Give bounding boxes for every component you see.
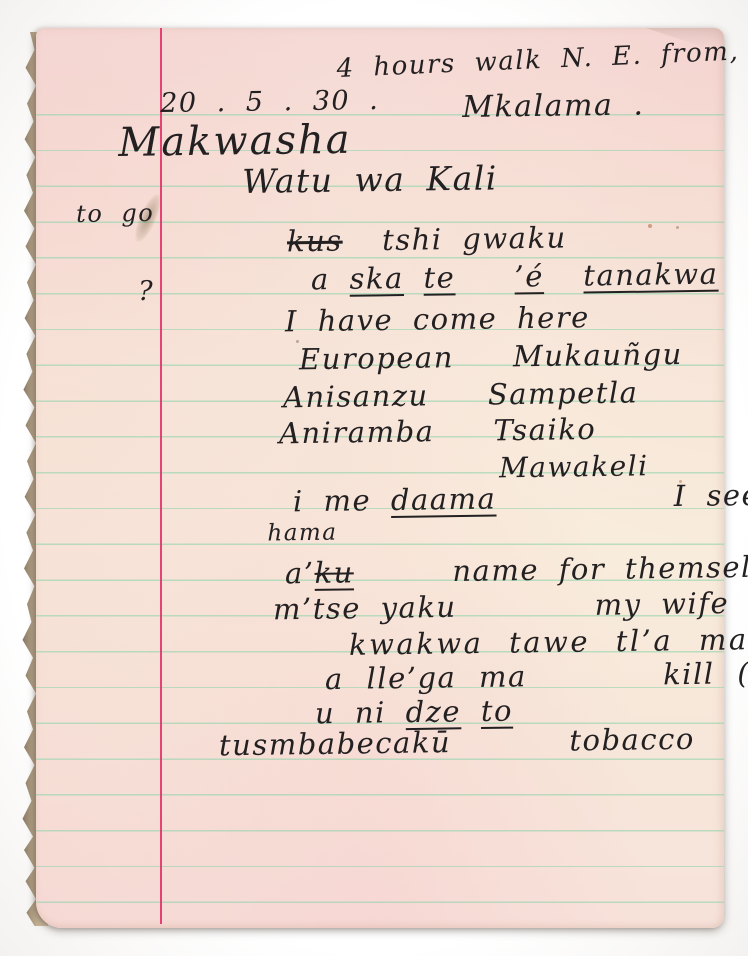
notebook-page: 4 hours walk N. E. from, Mkalama . 20 . … [36,28,724,928]
margin-note: ? [138,276,154,307]
annotation-top-right-line1: 4 hours walk N. E. from, [336,36,740,84]
notebook-scan: 4 hours walk N. E. from, Mkalama . 20 . … [0,0,748,956]
handwritten-line: tusmbabecakū tobacco [100,688,695,798]
margin-note: to go [76,199,154,228]
page-title: Makwasha [118,117,352,166]
annotation-top-right-line2: Mkalama . [462,87,645,125]
date: 20 . 5 . 30 . [160,85,379,119]
